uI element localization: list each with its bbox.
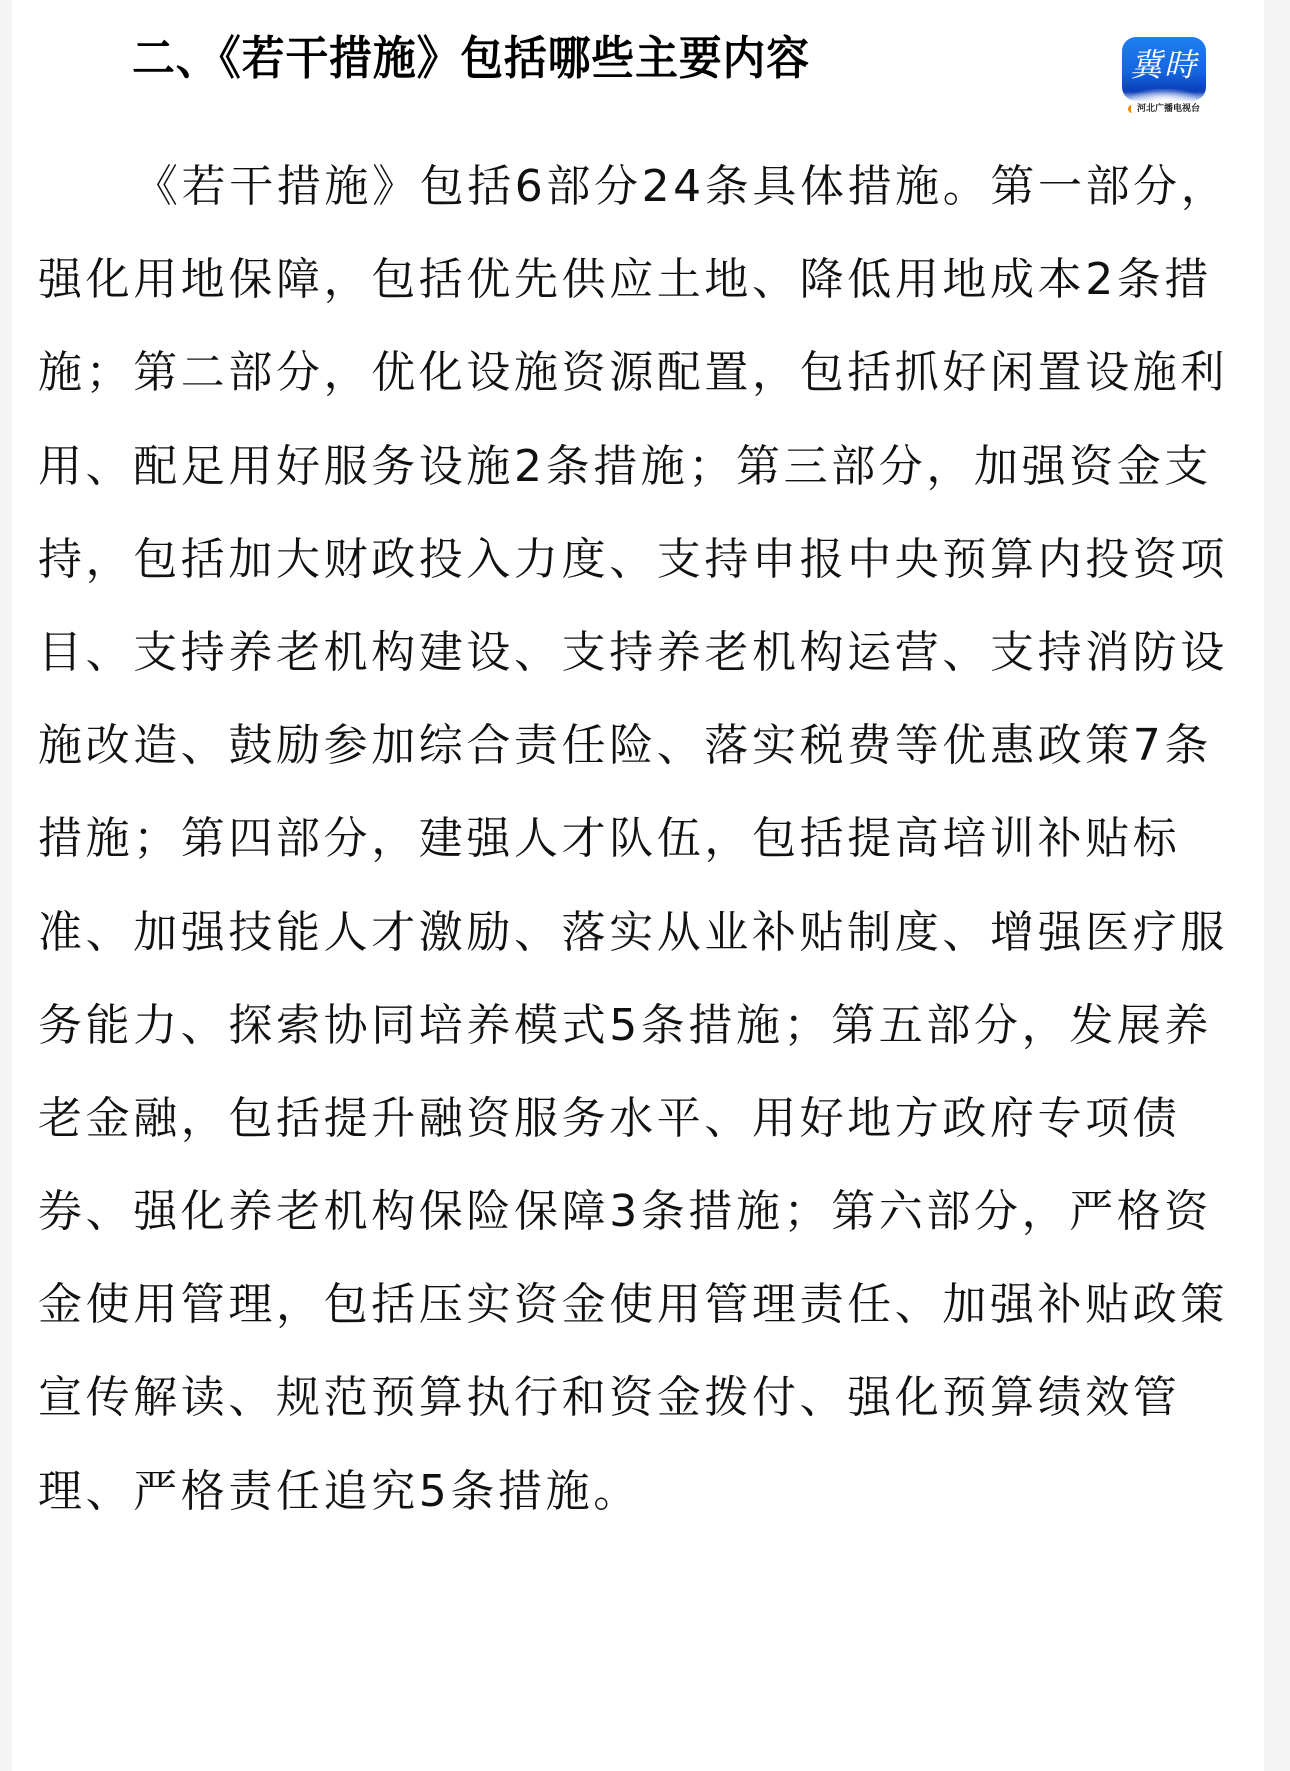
paragraph-line: 金使用管理，包括压实资金使用管理责任、加强补贴政策	[38, 1258, 1248, 1351]
logo-caption-text: 河北广播电视台	[1137, 103, 1200, 115]
paragraph-line: 理、严格责任追究5条措施。	[38, 1445, 1248, 1538]
article-paragraph: 《若干措施》包括6部分24条具体措施。第一部分， 强化用地保障，包括优先供应土地…	[38, 140, 1248, 1538]
logo-caption: 河北广播电视台	[1122, 103, 1206, 115]
paragraph-line: 用、配足用好服务设施2条措施；第三部分，加强资金支	[38, 420, 1248, 513]
paragraph-line: 施；第二部分，优化设施资源配置，包括抓好闲置设施利	[38, 326, 1248, 419]
logo-glow	[1132, 89, 1196, 101]
paragraph-line: 老金融，包括提升融资服务水平、用好地方政府专项债	[38, 1072, 1248, 1165]
paragraph-line: 目、支持养老机构建设、支持养老机构运营、支持消防设	[38, 606, 1248, 699]
jishi-app-logo-icon: 冀時	[1122, 37, 1206, 101]
logo-mark: 冀時	[1122, 45, 1206, 85]
paragraph-line: 券、强化养老机构保险保障3条措施；第六部分，严格资	[38, 1165, 1248, 1258]
paragraph-line: 准、加强技能人才激励、落实从业补贴制度、增强医疗服	[38, 886, 1248, 979]
paragraph-line: 措施；第四部分，建强人才队伍，包括提高培训补贴标	[38, 792, 1248, 885]
paragraph-line: 《若干措施》包括6部分24条具体措施。第一部分，	[38, 140, 1248, 233]
section-heading: 二、《若干措施》包括哪些主要内容	[132, 28, 810, 88]
paragraph-line: 务能力、探索协同培养模式5条措施；第五部分，发展养	[38, 979, 1248, 1072]
paragraph-line: 强化用地保障，包括优先供应土地、降低用地成本2条措	[38, 233, 1248, 326]
article-page: 二、《若干措施》包括哪些主要内容 冀時 河北广播电视台 《若干措施》包括6部分2…	[12, 0, 1264, 1771]
paragraph-line: 宣传解读、规范预算执行和资金拨付、强化预算绩效管	[38, 1351, 1248, 1444]
paragraph-line: 持，包括加大财政投入力度、支持申报中央预算内投资项	[38, 513, 1248, 606]
paragraph-line: 施改造、鼓励参加综合责任险、落实税费等优惠政策7条	[38, 699, 1248, 792]
broadcaster-swoosh-icon	[1128, 105, 1135, 113]
